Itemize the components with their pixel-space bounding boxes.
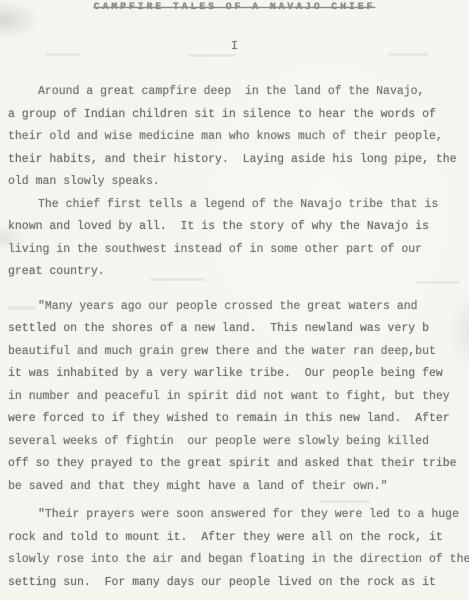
text-line: in number and peaceful in spirit did not… [8, 386, 469, 409]
text-line: known and loved by all. It is the story … [8, 216, 469, 239]
smudge-mark [388, 53, 428, 56]
smudge-mark [45, 53, 80, 56]
smudge-mark [320, 500, 370, 503]
text-line: rock and told to mount it. After they we… [8, 527, 469, 550]
text-line: great country. [8, 261, 469, 284]
paragraph: Around a great campfire deep in the land… [8, 81, 469, 194]
paragraph: The chief first tells a legend of the Na… [8, 194, 469, 284]
text-line: several weeks of fightin our people were… [8, 431, 469, 454]
document-page: CAMPFIRE TALES OF A NAVAJO CHIEF I Aroun… [0, 0, 469, 600]
paragraph: "Many years ago our people crossed the g… [8, 296, 469, 499]
chapter-numeral: I [0, 39, 469, 53]
text-line: setting sun. For many days our people li… [8, 572, 469, 595]
text-line: it was inhabited by a very warlike tribe… [8, 363, 469, 386]
text-line: "Many years ago our people crossed the g… [8, 296, 469, 319]
text-line: old man slowly speaks. [8, 171, 469, 194]
smudge-mark [150, 278, 205, 281]
text-line: their old and wise medicine man who know… [8, 126, 469, 149]
text-line: slowly rose into the air and began float… [8, 549, 469, 572]
text-line: "Their prayers were soon answered for th… [8, 504, 469, 527]
text-line: Around a great campfire deep in the land… [8, 81, 469, 104]
smudge-mark [415, 281, 460, 284]
text-line: their habits, and their history. Laying … [8, 149, 469, 172]
text-line: be saved and that they might have a land… [8, 476, 469, 499]
text-line: settled on the shores of a new land. Thi… [8, 318, 469, 341]
text-line: The chief first tells a legend of the Na… [8, 194, 469, 217]
text-line: a group of Indian children sit in silenc… [8, 104, 469, 127]
text-line: off so they prayed to the great spirit a… [8, 453, 469, 476]
document-body: Around a great campfire deep in the land… [8, 81, 469, 594]
smudge-mark [8, 306, 36, 310]
smudge-mark [188, 54, 236, 57]
paragraph: "Their prayers were soon answered for th… [8, 504, 469, 594]
text-line: beautiful and much grain grew there and … [8, 341, 469, 364]
text-line: were forced to if they wished to remain … [8, 408, 469, 431]
text-line: living in the southwest instead of in so… [8, 239, 469, 262]
page-title: CAMPFIRE TALES OF A NAVAJO CHIEF [0, 2, 469, 13]
